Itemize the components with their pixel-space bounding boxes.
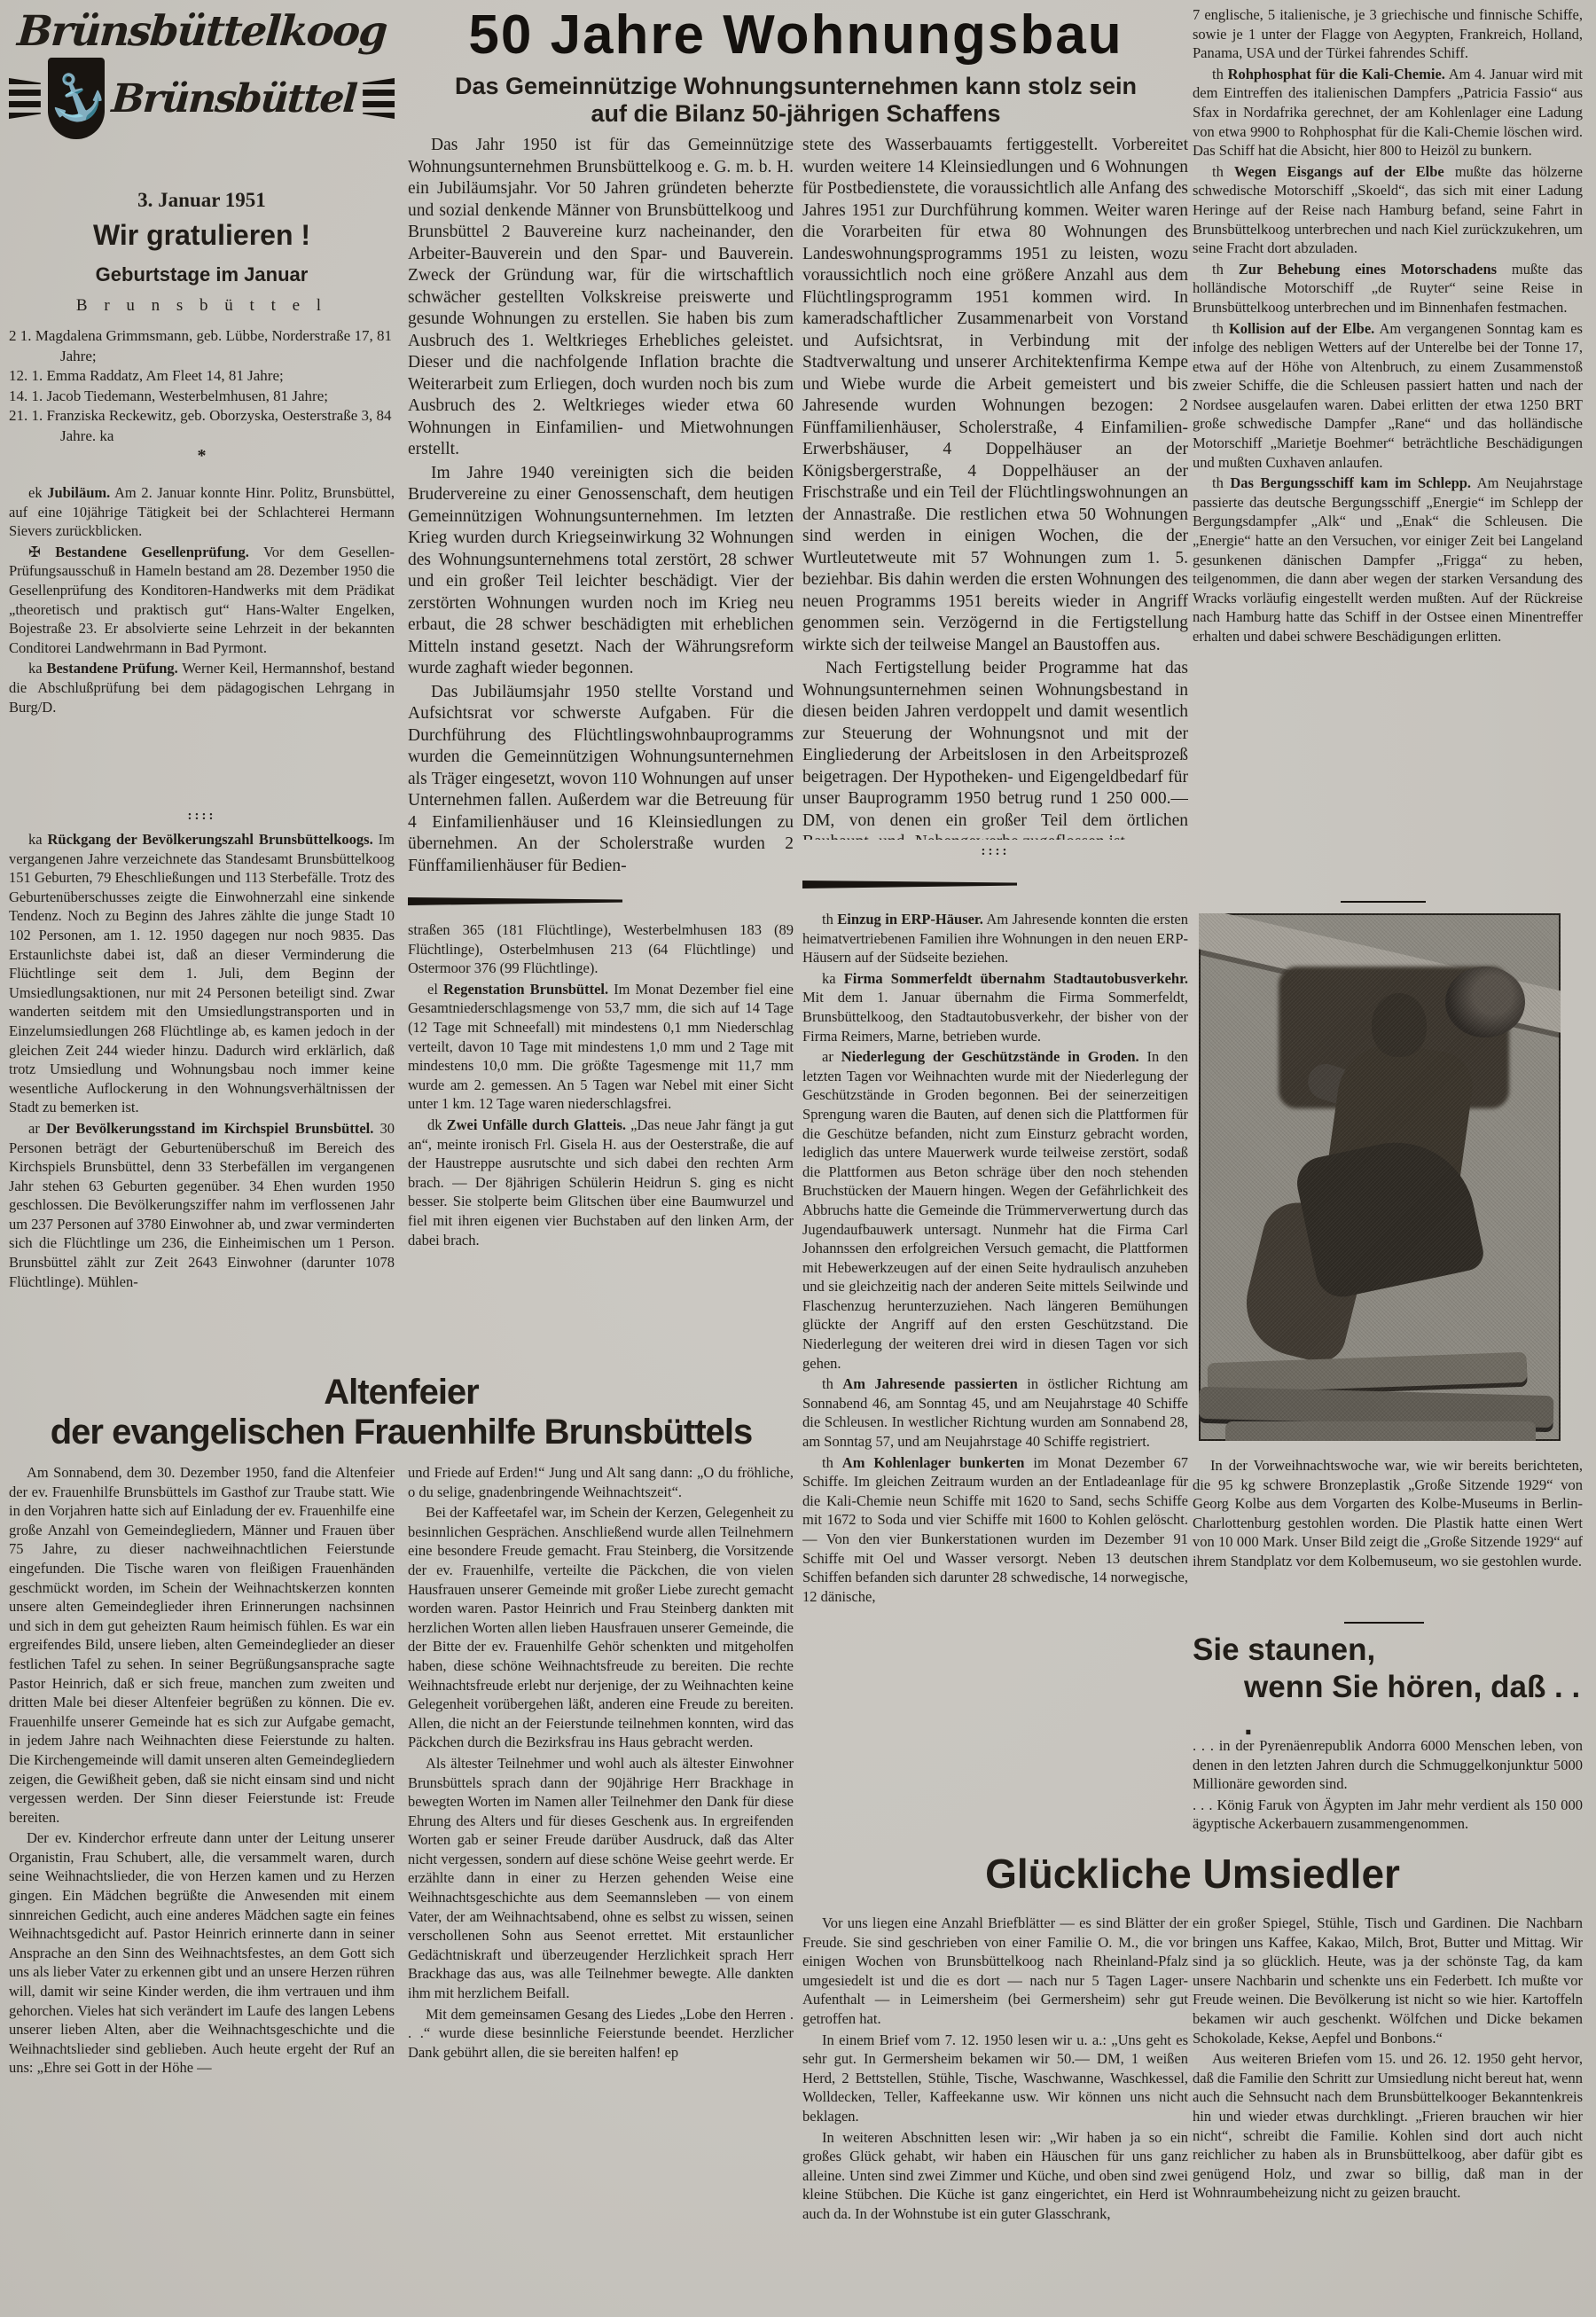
star-separator: * [9,446,395,466]
congrats-place: B r u n s b ü t t e l [9,296,395,316]
local-news-block-2: ka Rückgang der Bevölkerungszahl Brunsbü… [9,830,395,1362]
news-item-bergungsschiff: th Das Bergungsschiff kam im Schlepp. Am… [1193,474,1583,646]
umsiedler-column-a: Vor uns liegen eine Anzahl Briefblätter … [802,1914,1188,2311]
anchor-shield-icon: ⚓ [48,58,105,139]
flourish-right-icon [363,78,395,119]
news-item-glatteis: dk Zwei Unfälle durch Glatteis. „Das neu… [408,1115,794,1249]
umsiedler-paragraph: Vor uns liegen eine Anzahl Briefblätter … [802,1914,1188,2029]
news-item-rohphosphat: th Rohphosphat für die Kali-Chemie. Am 4… [1193,65,1583,160]
masthead-title-1: Brünsbüttelkoog [7,7,396,56]
birthday-entry: 14. 1. Jacob Tiedemann, Westerbelmhusen,… [9,387,395,407]
maritime-news-block: 7 englische, 5 italienische, je 3 griech… [1193,5,1583,894]
news-item-kollision: th Kollision auf der Elbe. Am vergangene… [1193,319,1583,473]
altenfeier-headline-line2: der evangelischen Frauenhilfe Brunsbütte… [9,1413,794,1452]
news-item-gesellenpruefung: ✠ Bestandene Gesellenprüfung. Vor dem Ge… [9,543,395,658]
flourish-left-icon [9,78,41,119]
bunker-list-continuation: 7 englische, 5 italienische, je 3 griech… [1193,5,1583,63]
altenfeier-paragraph: Mit dem gemeinsamen Gesang des Liedes „L… [408,2005,794,2063]
main-headline: 50 Jahre Wohnungsbau [403,4,1188,67]
photo-caption: In der Vorweihnachtswoche war, wie wir b… [1193,1456,1583,1617]
news-item-jahresende-schiffe: th Am Jahresende passierten in östlicher… [802,1374,1188,1451]
altenfeier-paragraph: Als ältester Teilnehmer und wohl auch al… [408,1754,794,2003]
bevoelkerung-continuation: straßen 365 (181 Flüchtlinge), Westerbel… [408,920,794,978]
news-item-bevoelkerungsstand: ar Der Bevölkerungsstand im Kirchspiel B… [9,1119,395,1291]
umsiedler-paragraph: ein großer Spiegel, Stühle, Tisch und Ga… [1193,1914,1583,2047]
umsiedler-paragraph: In einem Brief vom 7. 12. 1950 lesen wir… [802,2031,1188,2126]
sculpture-photo [1199,913,1561,1441]
staunen-headline-line2: wenn Sie hören, daß . . . [1193,1669,1583,1743]
article-paragraph: Im Jahre 1940 vereinigten sich die beide… [408,463,794,680]
umsiedler-column-b: ein großer Spiegel, Stühle, Tisch und Ga… [1193,1914,1583,2311]
issue-date: 3. Januar 1951 [9,189,395,212]
ornament-divider: :::: [9,809,395,824]
article-paragraph: Nach Fertigstellung beider Programme hat… [802,658,1188,840]
altenfeier-headline: Altenfeier der evangelischen Frauenhilfe… [9,1373,794,1452]
altenfeier-column-a: Am Sonnabend, dem 30. Dezember 1950, fan… [9,1463,395,2301]
local-news-block-1: ek Jubiläum. Am 2. Januar konnte Hinr. P… [9,483,395,807]
birthday-entry: 12. 1. Emma Raddatz, Am Fleet 14, 81 Jah… [9,366,395,387]
staunen-items: . . . in der Pyrenäenrepublik Andorra 60… [1193,1736,1583,1847]
birthday-entry: 21. 1. Franziska Reckewitz, geb. Oborzys… [9,406,395,446]
masthead: Brünsbüttelkoog ⚓ Brünsbüttel [9,7,395,139]
halftone-grain [1199,913,1561,1441]
news-item-motorschaden: th Zur Behebung eines Motorschadens mußt… [1193,260,1583,317]
article-paragraph: Das Jubiläumsjahr 1950 stellte Vorstand … [408,682,794,878]
altenfeier-headline-line1: Altenfeier [9,1373,794,1413]
umsiedler-headline: Glückliche Umsiedler [802,1850,1583,1898]
masthead-title-2: Brünsbüttel [110,76,357,121]
news-item-groden: ar Niederlegung der Geschützstände in Gr… [802,1047,1188,1373]
main-subheadline-line2: auf die Bilanz 50-jährigen Schaffens [403,100,1188,128]
news-item-erp-haeuser: th Einzug in ERP-Häuser. Am Jahresende k… [802,910,1188,967]
staunen-item-andorra: . . . in der Pyrenäenrepublik Andorra 60… [1193,1736,1583,1794]
news-item-regenstation: el Regenstation Brunsbüttel. Im Monat De… [408,980,794,1114]
birthday-entry: 2 1. Magdalena Grimmsmann, geb. Lübbe, N… [9,326,395,366]
congrats-title: Wir gratulieren ! [9,219,395,252]
article-paragraph: Das Jahr 1950 ist für das Gemeinnützige … [408,135,794,461]
news-item-rueckgang: ka Rückgang der Bevölkerungszahl Brunsbü… [9,830,395,1117]
congrats-subtitle: Geburtstage im Januar [9,263,395,286]
col2-mid-block: straßen 365 (181 Flüchtlinge), Westerbel… [408,920,794,1359]
staunen-headline-line1: Sie staunen, [1193,1632,1583,1669]
birthday-list: 2 1. Magdalena Grimmsmann, geb. Lübbe, N… [9,326,395,466]
main-subheadline: Das Gemeinnützige Wohnungsunternehmen ka… [403,73,1188,128]
staunen-item-faruk: . . . König Faruk von Ägypten im Jahr me… [1193,1796,1583,1834]
umsiedler-paragraph: In weiteren Abschnitten lesen wir: „Wir … [802,2128,1188,2224]
article-paragraph: stete des Wasserbauamts fertiggestellt. … [802,135,1188,656]
article-column-a: Das Jahr 1950 ist für das Gemeinnützige … [408,135,794,893]
altenfeier-paragraph: Am Sonnabend, dem 30. Dezember 1950, fan… [9,1463,395,1827]
news-item-kohlenlager: th Am Kohlenlager bunkerten im Monat Dez… [802,1453,1188,1607]
wedge-rule [408,897,622,905]
article-column-b: stete des Wasserbauamts fertiggestellt. … [802,135,1188,840]
altenfeier-paragraph: und Friede auf Erden!“ Jung und Alt sang… [408,1463,794,1501]
altenfeier-paragraph: Bei der Kaffeetafel war, im Schein der K… [408,1503,794,1752]
umsiedler-paragraph: Aus weiteren Briefen vom 15. und 26. 12.… [1193,2049,1583,2203]
news-item-sommerfeldt: ka Firma Sommerfeldt übernahm Stadtautob… [802,969,1188,1045]
altenfeier-column-b: und Friede auf Erden!“ Jung und Alt sang… [408,1463,794,2301]
news-item-jubilaeum: ek Jubiläum. Am 2. Januar konnte Hinr. P… [9,483,395,541]
wedge-rule [802,881,1017,888]
main-subheadline-line1: Das Gemeinnützige Wohnungsunternehmen ka… [403,73,1188,100]
short-rule [1344,1622,1424,1624]
ornament-divider: :::: [802,844,1188,859]
newspaper-page: Brünsbüttelkoog ⚓ Brünsbüttel 3. Januar … [0,0,1596,2317]
news-item-pruefung: ka Bestandene Prüfung. Werner Keil, Herm… [9,659,395,716]
news-item-eisgang: th Wegen Eisgangs auf der Elbe mußte das… [1193,162,1583,258]
col3-news-block: th Einzug in ERP-Häuser. Am Jahresende k… [802,910,1188,1841]
altenfeier-paragraph: Der ev. Kinderchor erfreute dann unter d… [9,1828,395,2078]
short-rule [1341,901,1426,903]
staunen-headline: Sie staunen, wenn Sie hören, daß . . . [1193,1632,1583,1743]
